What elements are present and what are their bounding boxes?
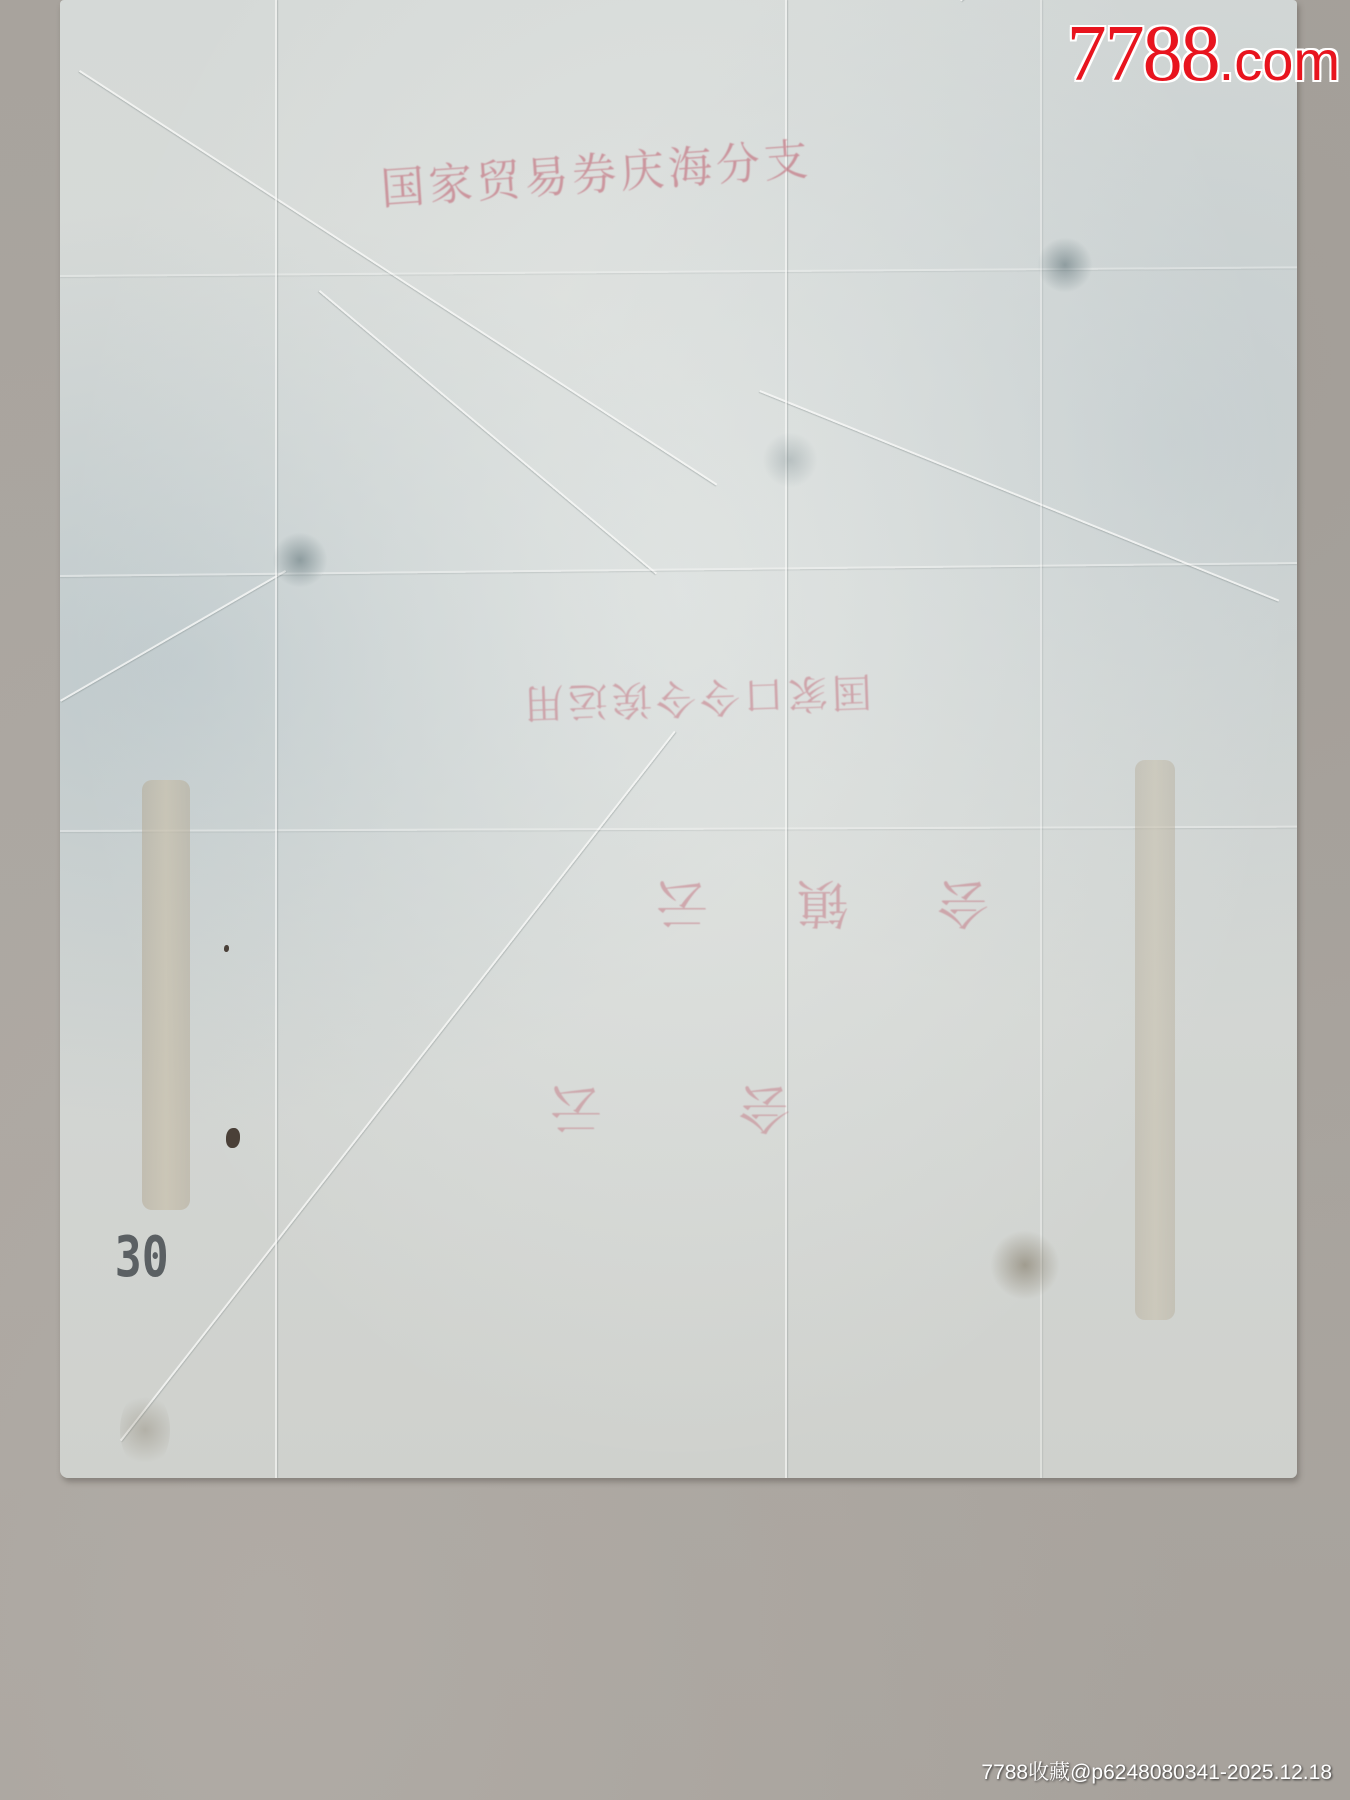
tape-residue-right — [1135, 760, 1175, 1320]
crease-line — [759, 390, 1279, 602]
crease-knot — [760, 430, 820, 490]
fold-line — [275, 0, 277, 1478]
photo-caption: 7788收藏@p6248080341-2025.12.18 — [981, 1756, 1332, 1786]
stamp-text-lower-a: 会 镇 云 — [620, 870, 989, 945]
stain — [120, 1390, 170, 1470]
crease-knot — [1035, 235, 1095, 295]
crease-line — [960, 0, 1184, 1]
crease-line — [60, 266, 1297, 277]
stamp-text-top: 国家贸易券庆海分支 — [378, 123, 813, 217]
crease-line — [60, 562, 1297, 577]
stamp-text-middle: 国家口令令诶运用 — [519, 666, 873, 735]
watermark-number: 7788 — [1067, 10, 1219, 98]
aged-paper-document: 国家贸易券庆海分支 国家口令令诶运用 会 镇 云 会 云 30 — [60, 0, 1297, 1478]
serial-mark: 30 — [115, 1225, 169, 1290]
tape-residue-left — [142, 780, 190, 1210]
crease-line — [79, 70, 717, 486]
crease-line — [60, 826, 1297, 832]
site-watermark: 7788.com — [1067, 14, 1340, 94]
crease-line — [60, 570, 286, 702]
stamp-text-lower-b: 会 云 — [490, 1075, 791, 1150]
fold-line — [785, 0, 787, 1478]
watermark-domain: .com — [1219, 29, 1340, 92]
crease-line — [319, 290, 657, 574]
ink-spot — [224, 945, 229, 952]
ink-spot — [226, 1128, 240, 1148]
crease-knot — [270, 530, 330, 590]
stain — [990, 1230, 1060, 1300]
